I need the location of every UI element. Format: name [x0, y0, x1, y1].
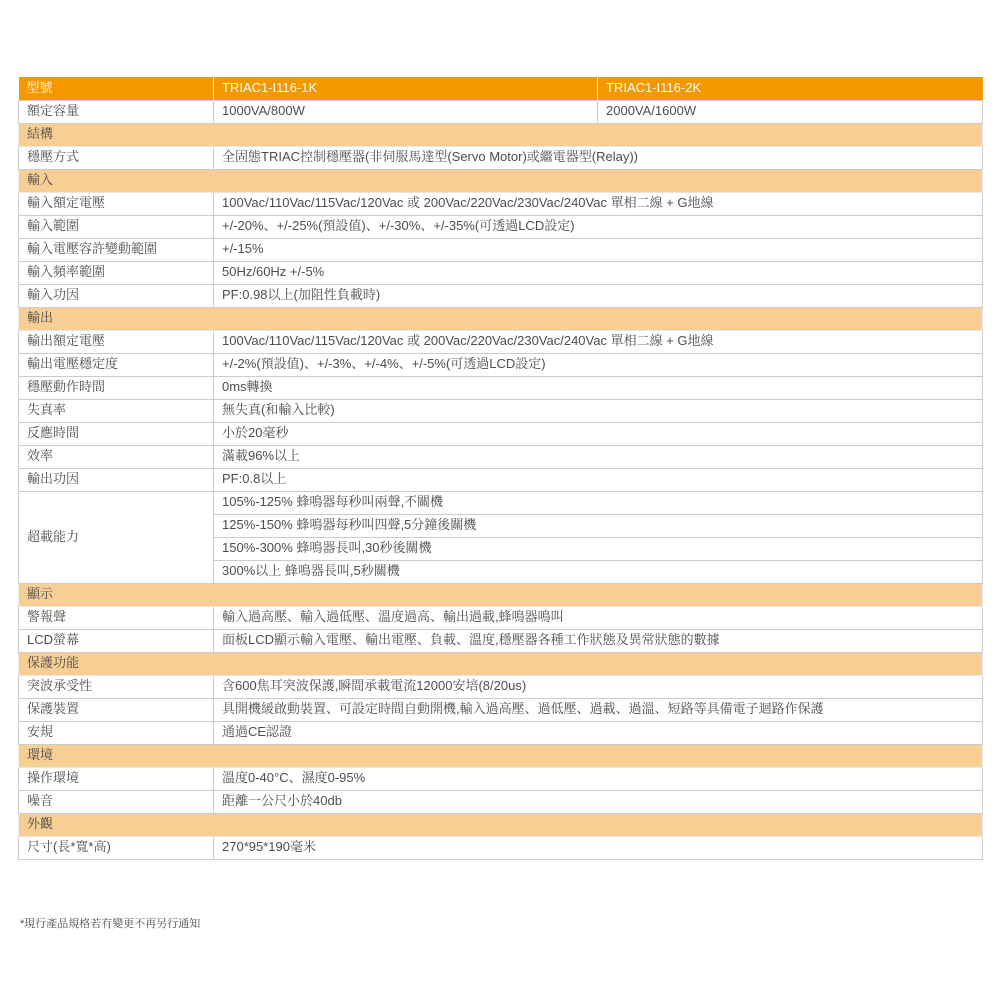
- spec-value-cell: 300%以上 蜂鳴器長叫,5秒關機: [214, 560, 983, 583]
- product-spec-table: 型號 TRIAC1-I116-1K TRIAC1-I116-2K 額定容量100…: [18, 77, 983, 860]
- spec-label-cell: 輸出功因: [19, 468, 214, 491]
- spec-label-cell: 保護裝置: [19, 698, 214, 721]
- spec-row: 效率滿載96%以上: [19, 445, 983, 468]
- spec-value-cell: 輸入過高壓、輸入過低壓、溫度過高、輸出過載,蜂鳴器鳴叫: [214, 606, 983, 629]
- spec-value-cell: 150%-300% 蜂鳴器長叫,30秒後關機: [214, 537, 983, 560]
- spec-value-cell: PF:0.8以上: [214, 468, 983, 491]
- section-row: 顯示: [19, 583, 983, 606]
- spec-label-cell: 操作環境: [19, 767, 214, 790]
- spec-row: 輸出電壓穩定度+/-2%(預設值)、+/-3%、+/-4%、+/-5%(可透過L…: [19, 353, 983, 376]
- spec-value-cell: 2000VA/1600W: [598, 100, 983, 123]
- spec-row: 警報聲輸入過高壓、輸入過低壓、溫度過高、輸出過載,蜂鳴器鳴叫: [19, 606, 983, 629]
- spec-value-cell: +/-15%: [214, 238, 983, 261]
- spec-label-cell: 噪音: [19, 790, 214, 813]
- spec-label-cell: 輸入電壓容許變動範圍: [19, 238, 214, 261]
- spec-value-cell: 125%-150% 蜂鳴器每秒叫四聲,5分鐘後關機: [214, 514, 983, 537]
- spec-row: 穩壓動作時間0ms轉換: [19, 376, 983, 399]
- spec-row: 反應時間小於20毫秒: [19, 422, 983, 445]
- spec-label-cell: 輸入頻率範圍: [19, 261, 214, 284]
- spec-table-container: 型號 TRIAC1-I116-1K TRIAC1-I116-2K 額定容量100…: [18, 77, 982, 860]
- spec-row: 輸入範圍+/-20%、+/-25%(預設值)、+/-30%、+/-35%(可透過…: [19, 215, 983, 238]
- spec-label-cell: 效率: [19, 445, 214, 468]
- spec-value-cell: 距離一公尺小於40db: [214, 790, 983, 813]
- spec-row: 保護裝置具開機緩啟動裝置、可設定時間自動開機,輸入過高壓、過低壓、過載、過溫、短…: [19, 698, 983, 721]
- section-row: 環境: [19, 744, 983, 767]
- section-row: 結構: [19, 123, 983, 146]
- section-title: 外觀: [19, 813, 983, 836]
- spec-value-cell: 滿載96%以上: [214, 445, 983, 468]
- spec-value-cell: 溫度0-40°C、濕度0-95%: [214, 767, 983, 790]
- section-row: 外觀: [19, 813, 983, 836]
- spec-value-cell: 全固態TRIAC控制穩壓器(非伺服馬達型(Servo Motor)或繼電器型(R…: [214, 146, 983, 169]
- section-row: 輸出: [19, 307, 983, 330]
- spec-value-cell: +/-2%(預設值)、+/-3%、+/-4%、+/-5%(可透過LCD設定): [214, 353, 983, 376]
- spec-row: 突波承受性含600焦耳突波保護,瞬間承載電流12000安培(8/20us): [19, 675, 983, 698]
- spec-label-cell: 反應時間: [19, 422, 214, 445]
- spec-value-cell: 通過CE認證: [214, 721, 983, 744]
- spec-row: 噪音距離一公尺小於40db: [19, 790, 983, 813]
- section-title: 輸入: [19, 169, 983, 192]
- spec-value-cell: 無失真(和輸入比較): [214, 399, 983, 422]
- spec-value-cell: 270*95*190毫米: [214, 836, 983, 859]
- spec-row: 尺寸(長*寬*高)270*95*190毫米: [19, 836, 983, 859]
- section-row: 輸入: [19, 169, 983, 192]
- spec-label-cell: 失真率: [19, 399, 214, 422]
- spec-row: 輸入功因PF:0.98以上(加阻性負載時): [19, 284, 983, 307]
- spec-label-cell: 警報聲: [19, 606, 214, 629]
- spec-row: 輸入頻率範圍50Hz/60Hz +/-5%: [19, 261, 983, 284]
- section-title: 輸出: [19, 307, 983, 330]
- spec-value-cell: 小於20毫秒: [214, 422, 983, 445]
- section-row: 保護功能: [19, 652, 983, 675]
- spec-label-cell: 穩壓動作時間: [19, 376, 214, 399]
- spec-row: 失真率無失真(和輸入比較): [19, 399, 983, 422]
- model-header-row: 型號 TRIAC1-I116-1K TRIAC1-I116-2K: [19, 77, 983, 100]
- spec-label-cell: 尺寸(長*寬*高): [19, 836, 214, 859]
- spec-value-cell: 50Hz/60Hz +/-5%: [214, 261, 983, 284]
- spec-value-cell: +/-20%、+/-25%(預設值)、+/-30%、+/-35%(可透過LCD設…: [214, 215, 983, 238]
- spec-label-cell: 額定容量: [19, 100, 214, 123]
- spec-row: 安規通過CE認證: [19, 721, 983, 744]
- spec-row: 輸出額定電壓100Vac/110Vac/115Vac/120Vac 或 200V…: [19, 330, 983, 353]
- section-title: 保護功能: [19, 652, 983, 675]
- spec-row: LCD螢幕面板LCD顯示輸入電壓、輸出電壓、負載、溫度,穩壓器各種工作狀態及異常…: [19, 629, 983, 652]
- spec-value-cell: 100Vac/110Vac/115Vac/120Vac 或 200Vac/220…: [214, 192, 983, 215]
- spec-row: 輸入電壓容許變動範圍+/-15%: [19, 238, 983, 261]
- spec-label-cell: LCD螢幕: [19, 629, 214, 652]
- spec-page: 型號 TRIAC1-I116-1K TRIAC1-I116-2K 額定容量100…: [0, 0, 1000, 1000]
- spec-label-cell: 輸入額定電壓: [19, 192, 214, 215]
- spec-row: 輸入額定電壓100Vac/110Vac/115Vac/120Vac 或 200V…: [19, 192, 983, 215]
- spec-label-cell: 穩壓方式: [19, 146, 214, 169]
- model-name-2k: TRIAC1-I116-2K: [598, 77, 983, 100]
- spec-row: 輸出功因PF:0.8以上: [19, 468, 983, 491]
- spec-row: 操作環境溫度0-40°C、濕度0-95%: [19, 767, 983, 790]
- spec-label-cell: 安規: [19, 721, 214, 744]
- spec-value-cell: 1000VA/800W: [214, 100, 598, 123]
- spec-value-cell: 面板LCD顯示輸入電壓、輸出電壓、負載、溫度,穩壓器各種工作狀態及異常狀態的數據: [214, 629, 983, 652]
- spec-row: 額定容量1000VA/800W2000VA/1600W: [19, 100, 983, 123]
- spec-label-cell: 超載能力: [19, 491, 214, 583]
- spec-value-cell: 105%-125% 蜂鳴器每秒叫兩聲,不關機: [214, 491, 983, 514]
- section-title: 結構: [19, 123, 983, 146]
- spec-label-cell: 輸出電壓穩定度: [19, 353, 214, 376]
- model-name-1k: TRIAC1-I116-1K: [214, 77, 598, 100]
- section-title: 環境: [19, 744, 983, 767]
- spec-row: 超載能力105%-125% 蜂鳴器每秒叫兩聲,不關機: [19, 491, 983, 514]
- spec-label-cell: 輸入範圍: [19, 215, 214, 238]
- spec-value-cell: 具開機緩啟動裝置、可設定時間自動開機,輸入過高壓、過低壓、過載、過溫、短路等具備…: [214, 698, 983, 721]
- spec-label-cell: 輸出額定電壓: [19, 330, 214, 353]
- spec-footnote: *現行產品規格若有變更不再另行通知: [20, 915, 200, 931]
- spec-value-cell: 0ms轉換: [214, 376, 983, 399]
- spec-value-cell: PF:0.98以上(加阻性負載時): [214, 284, 983, 307]
- section-title: 顯示: [19, 583, 983, 606]
- spec-row: 穩壓方式全固態TRIAC控制穩壓器(非伺服馬達型(Servo Motor)或繼電…: [19, 146, 983, 169]
- spec-value-cell: 含600焦耳突波保護,瞬間承載電流12000安培(8/20us): [214, 675, 983, 698]
- spec-value-cell: 100Vac/110Vac/115Vac/120Vac 或 200Vac/220…: [214, 330, 983, 353]
- spec-label-cell: 突波承受性: [19, 675, 214, 698]
- spec-label-cell: 輸入功因: [19, 284, 214, 307]
- model-header-label: 型號: [19, 77, 214, 100]
